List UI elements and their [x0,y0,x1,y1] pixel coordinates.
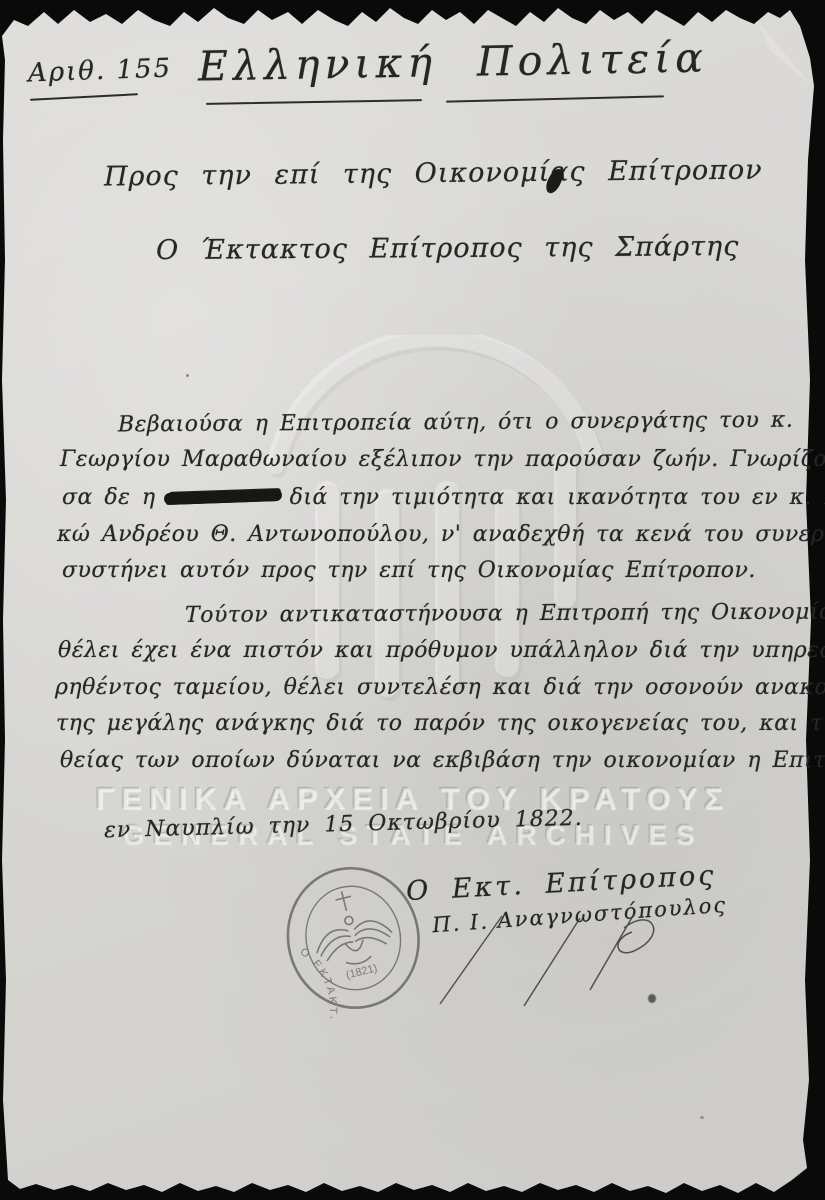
body-paragraph1-line2: Γεωργίου Μαραθωναίου εξέλιπον την παρούσ… [60,447,825,472]
stamp-year: (1821) [345,962,379,981]
struck-out-word [163,489,281,505]
body-paragraph2-line2: θέλει έχει ένα πιστόν και πρόθυμον υπάλλ… [58,638,825,663]
document-number: Αριθ. 155 [28,53,173,88]
ink-speck [186,374,189,377]
ink-speck [648,994,656,1003]
body-paragraph2-line1: Τούτον αντικαταστήνουσα η Επιτροπή της Ο… [185,599,825,628]
body-paragraph2-line3: ρηθέντος ταμείου, θέλει συντελέση και δι… [55,675,825,700]
body-paragraph1-line4: κώ Ανδρέου Θ. Αντωνοπούλου, ν' αναδεχθή … [57,522,825,547]
body-paragraph1-line3: σα δε ηδιά την τιμιότητα και ικανότητα τ… [62,485,825,510]
ink-speck [700,1116,704,1119]
signature-flourish [428,898,698,1013]
body-paragraph2-line4: της μεγάλης ανάγκης διά το παρόν της οικ… [56,711,825,736]
body-paragraph1-line1: Βεβαιούσα η Επιτροπεία αύτη, ότι ο συνερ… [118,408,793,438]
address-line-sender: Ο Έκτακτος Επίτροπος της Σπάρτης [156,231,739,266]
scanned-document-page: ΓΕΝΙΚΑ ΑΡΧΕΙΑ ΤΟΥ ΚΡΑΤΟΥΣ GENERAL STATE … [0,0,825,1200]
body-paragraph2-line5: θείας των οποίων δύναται να εκβιβάση την… [60,748,825,773]
page-title: Ελληνική Πολιτεία [198,34,709,91]
line3-prefix: σα δε η [62,485,156,510]
body-paragraph1-line5: συστήνει αυτόν προς την επί της Οικονομί… [62,558,756,583]
line3-suffix: διά την τιμιότητα και ικανότητα του εν κ… [290,485,825,510]
